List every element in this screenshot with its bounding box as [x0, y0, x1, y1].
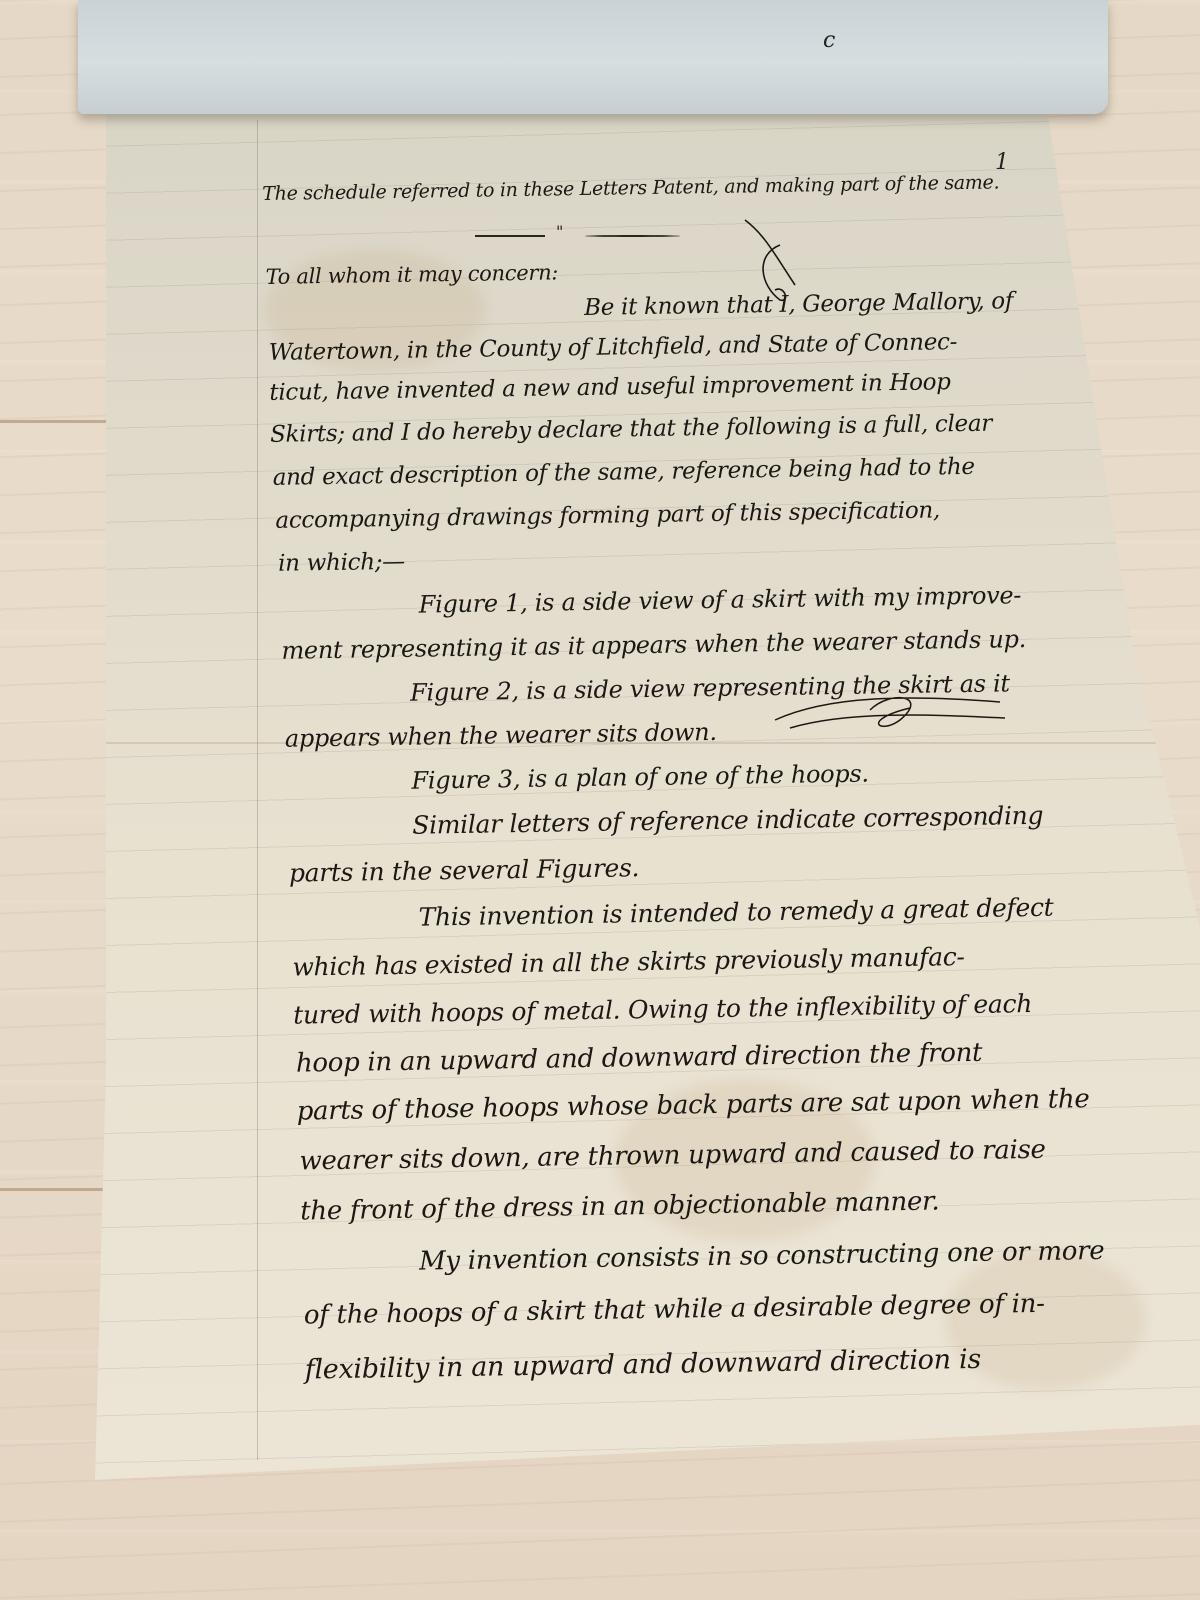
margin-rule [257, 120, 258, 1460]
separator-rule [475, 235, 545, 237]
table-seam [0, 420, 110, 423]
text-line: parts in the several Figures. [289, 853, 640, 887]
document-cover-flap: c [78, 0, 1108, 114]
text-line: in which;— [278, 549, 405, 577]
table-seam [0, 1188, 110, 1191]
separator-mark: " [556, 222, 563, 241]
salutation: To all whom it may concern: [265, 260, 558, 289]
separator-rule [585, 235, 680, 237]
cover-pencil-mark: c [823, 28, 835, 53]
